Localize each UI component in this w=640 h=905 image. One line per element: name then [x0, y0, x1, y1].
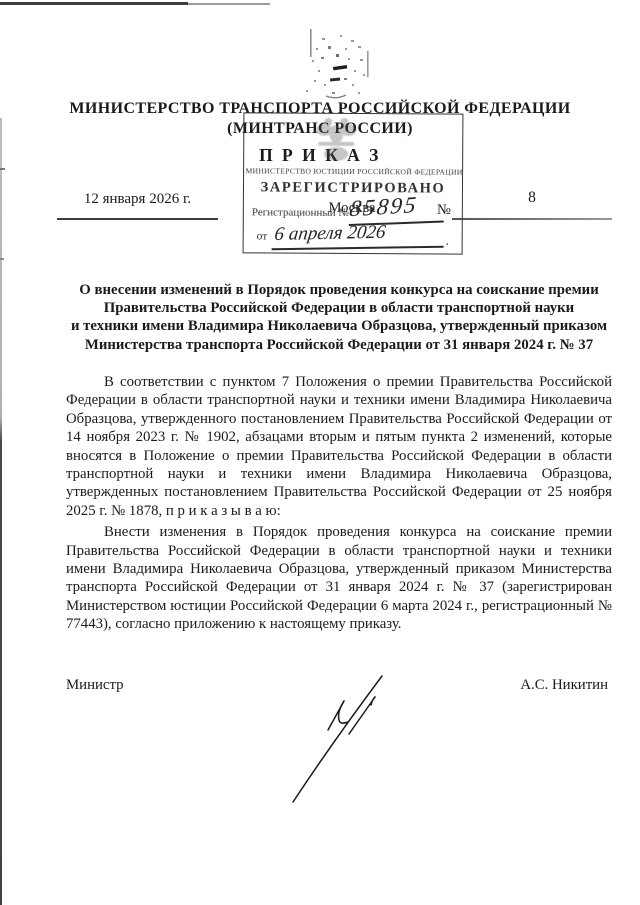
date-underline	[57, 218, 218, 220]
signer-name: А.С. Никитин	[520, 677, 608, 694]
subject-line: Министерства транспорта Российской Федер…	[47, 336, 631, 354]
document-body: В соответствии с пунктом 7 Положения о п…	[66, 373, 612, 634]
stamp-reg-date-underline	[272, 246, 444, 250]
scan-edge-top-light	[188, 3, 270, 5]
document-date: 12 января 2026 г.	[57, 191, 218, 208]
document-subject: О внесении изменений в Порядок проведени…	[47, 281, 631, 354]
scan-tick-mark	[0, 168, 5, 170]
number-underline	[452, 218, 612, 220]
stamp-reg-number-label: Регистрационный №	[252, 206, 349, 219]
scan-tick-mark	[0, 258, 4, 260]
stamp-status: ЗАРЕГИСТРИРОВАНО	[244, 179, 462, 197]
stamp-reg-number-handwritten: 85895	[348, 192, 419, 222]
subject-line: Правительства Российской Федерации в обл…	[47, 299, 631, 317]
stamp-date-label: от	[257, 230, 268, 242]
body-paragraph: В соответствии с пунктом 7 Положения о п…	[66, 373, 612, 520]
stamp-reg-date-handwritten: 6 апреля 2026	[273, 222, 387, 246]
coat-of-arms-faint-icon	[288, 26, 380, 106]
registration-stamp: МИНИСТЕРСТВО ЮСТИЦИИ РОССИЙСКОЙ ФЕДЕРАЦИ…	[243, 112, 464, 254]
subject-line: и техники имени Владимира Николаевича Об…	[47, 317, 631, 335]
stamp-period: .	[446, 233, 449, 249]
handwritten-signature	[270, 660, 400, 820]
document-number: 8	[452, 189, 612, 207]
document-page: МИНИСТЕРСТВО ТРАНСПОРТА РОССИЙСКОЙ ФЕДЕР…	[0, 0, 640, 905]
body-paragraph: Внести изменения в Порядок проведения ко…	[66, 523, 612, 633]
justice-eagle-faint-icon	[306, 114, 366, 166]
scan-edge-top-dark	[0, 2, 188, 5]
stamp-authority: МИНИСТЕРСТВО ЮСТИЦИИ РОССИЙСКОЙ ФЕДЕРАЦИ…	[245, 166, 463, 176]
scan-edge-left	[0, 118, 2, 905]
subject-line: О внесении изменений в Порядок проведени…	[47, 281, 631, 299]
signer-position: Министр	[66, 677, 124, 694]
